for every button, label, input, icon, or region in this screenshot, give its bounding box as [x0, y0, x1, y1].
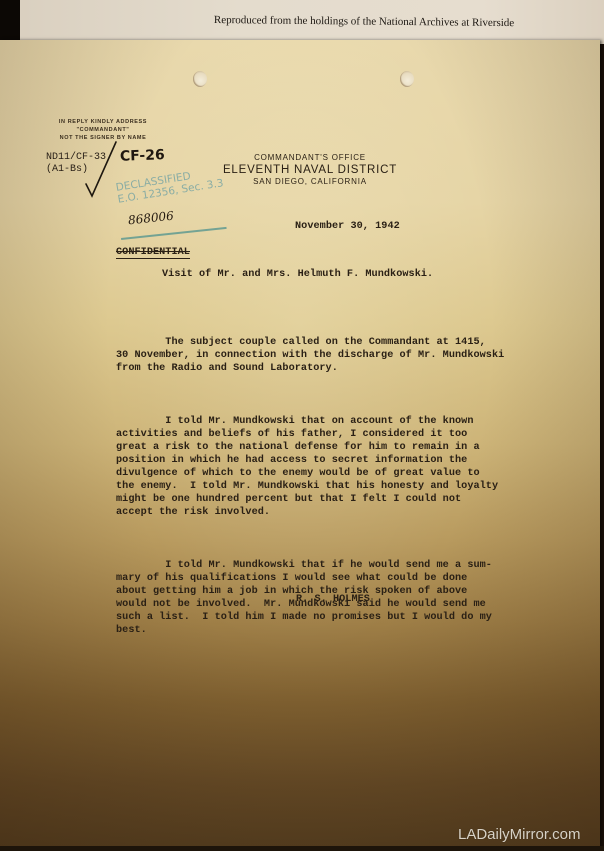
handwritten-reference: CF-26 — [120, 147, 165, 165]
reply-instruction: IN REPLY KINDLY ADDRESS "COMMANDANT" NOT… — [48, 118, 158, 142]
letterhead-location: SAN DIEGO, CALIFORNIA — [220, 177, 400, 187]
bottom-edge — [0, 846, 604, 851]
handwritten-declass-number: 868006 — [127, 209, 174, 228]
reply-note-line: IN REPLY KINDLY ADDRESS — [48, 118, 158, 126]
punch-hole-icon — [193, 71, 207, 87]
punch-hole-icon — [400, 71, 414, 87]
letter-body: The subject couple called on the Command… — [116, 310, 556, 677]
classification-marking: CONFIDENTIAL — [116, 247, 190, 259]
body-paragraph: I told Mr. Mundkowski that on account of… — [116, 415, 556, 520]
dark-edge — [0, 0, 20, 40]
file-ref-line: (A1-Bs) — [46, 164, 106, 176]
file-ref-line: ND11/CF-33 — [46, 152, 106, 164]
declassified-stamp: DECLASSIFIED E.O. 12356, Sec. 3.3 — [115, 165, 224, 205]
archive-cover-sheet: Reproduced from the holdings of the Nati… — [0, 0, 604, 44]
letterhead: COMMANDANT'S OFFICE ELEVENTH NAVAL DISTR… — [220, 153, 400, 187]
signature: R. S. HOLMES — [296, 594, 370, 605]
archive-caption: Reproduced from the holdings of the Nati… — [214, 14, 514, 29]
letter-date: November 30, 1942 — [295, 221, 400, 232]
body-paragraph: The subject couple called on the Command… — [116, 336, 556, 375]
stamp-underline — [121, 227, 227, 240]
file-reference: ND11/CF-33 (A1-Bs) — [46, 152, 106, 176]
letterhead-office: COMMANDANT'S OFFICE — [220, 153, 400, 163]
letter-page: IN REPLY KINDLY ADDRESS "COMMANDANT" NOT… — [0, 40, 600, 848]
letterhead-district: ELEVENTH NAVAL DISTRICT — [220, 163, 400, 177]
watermark: LADailyMirror.com — [458, 826, 581, 843]
letter-subject: Visit of Mr. and Mrs. Helmuth F. Mundkow… — [162, 269, 433, 280]
reply-note-line: "COMMANDANT" — [48, 126, 158, 134]
